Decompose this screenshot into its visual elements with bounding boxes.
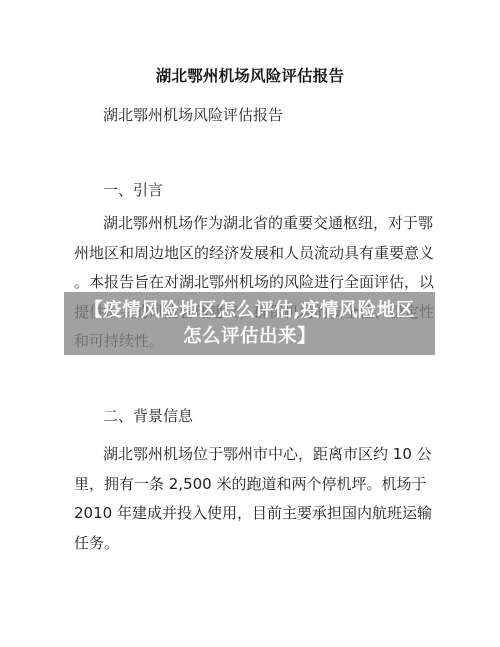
paragraph-line: 湖北鄂州机场位于鄂州市中心，距离市区约 10 公 <box>74 440 432 470</box>
paragraph-line: 里，拥有一条 2,500 米的跑道和两个停机坪。机场于 <box>74 470 432 500</box>
background-paragraph: 湖北鄂州机场位于鄂州市中心，距离市区约 10 公 里，拥有一条 2,500 米的… <box>74 440 432 558</box>
paragraph-line: 州地区和周边地区的经济发展和人员流动具有重要意义 <box>74 239 432 269</box>
document-title: 湖北鄂州机场风险评估报告 <box>0 64 500 86</box>
paragraph-line: 任务。 <box>74 529 432 559</box>
overlay-title-text: 【疫情风险地区怎么评估,疫情风险地区怎么评估出来】 <box>80 298 420 350</box>
document-subtitle: 湖北鄂州机场风险评估报告 <box>103 104 283 125</box>
paragraph-line: 湖北鄂州机场作为湖北省的重要交通枢纽，对于鄂 <box>74 209 432 239</box>
section-heading-background: 二、背景信息 <box>103 405 193 426</box>
overlay-title-banner: 【疫情风险地区怎么评估,疫情风险地区怎么评估出来】 <box>64 292 435 355</box>
document-page: 湖北鄂州机场风险评估报告 湖北鄂州机场风险评估报告 一、引言 湖北鄂州机场作为湖… <box>0 0 500 647</box>
section-heading-introduction: 一、引言 <box>103 179 163 200</box>
paragraph-line: 2010 年建成并投入使用，目前主要承担国内航班运输 <box>74 499 432 529</box>
